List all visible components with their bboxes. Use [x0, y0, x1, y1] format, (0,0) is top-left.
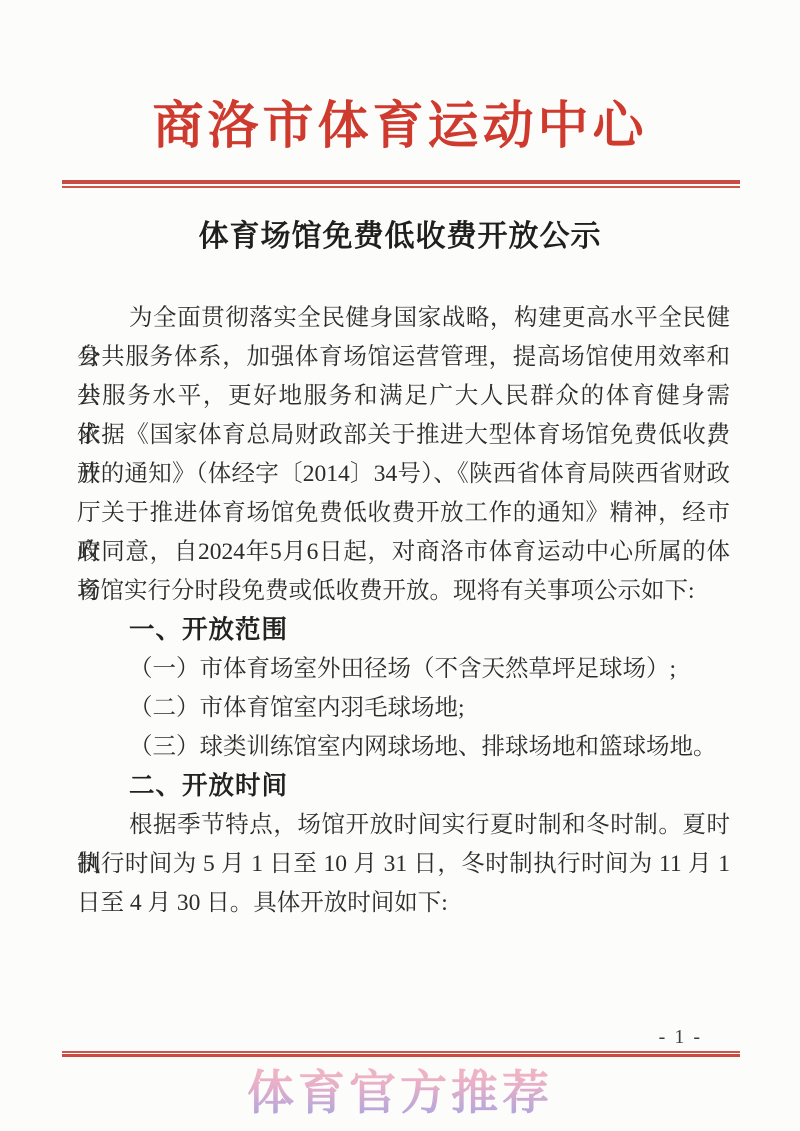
body-line: 日至 4 月 30 日。具体开放时间如下:: [77, 884, 730, 923]
letterhead-divider-thin-bar: [62, 186, 740, 188]
body-line: 执行时间为 5 月 1 日至 10 月 31 日，冬时制执行时间为 11 月 1: [77, 845, 730, 884]
body-line: 公共服务体系，加强体育场馆运营管理，提高场馆使用效率和公: [77, 338, 730, 377]
body-line: 共服务水平，更好地服务和满足广大人民群众的体育健身需求，: [77, 377, 730, 416]
body-line: 场馆实行分时段免费或低收费开放。现将有关事项公示如下:: [77, 572, 730, 611]
body-line: 根据季节特点，场馆开放时间实行夏时制和冬时制。夏时制: [77, 806, 730, 845]
notice-title: 体育场馆免费低收费开放公示: [0, 211, 800, 255]
section-heading-scope: 一、开放范围: [77, 611, 730, 650]
body-line: 为全面贯彻落实全民健身国家战略，构建更高水平全民健身: [77, 299, 730, 338]
body-line: 放的通知》（体经字〔2014〕34号）、《陕西省体育局陕西省财政: [77, 455, 730, 494]
body-line: 府同意，自2024年5月6日起，对商洛市体育运动中心所属的体育: [77, 533, 730, 572]
list-item: （二）市体育馆室内羽毛球场地;: [77, 689, 730, 728]
section-heading-hours: 二、开放时间: [77, 767, 730, 806]
watermark-text: 体育官方推荐: [0, 1056, 800, 1123]
letterhead-org-title: 商洛市体育运动中心: [0, 84, 800, 158]
scanned-notice-page: 商洛市体育运动中心 体育场馆免费低收费开放公示 为全面贯彻落实全民健身国家战略，…: [0, 0, 800, 1131]
list-item: （三）球类训练馆室内网球场地、排球场地和篮球场地。: [77, 728, 730, 767]
body-line: 依据《国家体育总局财政部关于推进大型体育场馆免费低收费开: [77, 416, 730, 455]
document-body: 为全面贯彻落实全民健身国家战略，构建更高水平全民健身 公共服务体系，加强体育场馆…: [77, 299, 730, 923]
page-number: - 1 -: [659, 1026, 702, 1049]
list-item: （一）市体育场室外田径场（不含天然草坪足球场）;: [77, 650, 730, 689]
body-line: 厅关于推进体育场馆免费低收费开放工作的通知》精神，经市政: [77, 494, 730, 533]
letterhead-divider: [62, 180, 740, 188]
